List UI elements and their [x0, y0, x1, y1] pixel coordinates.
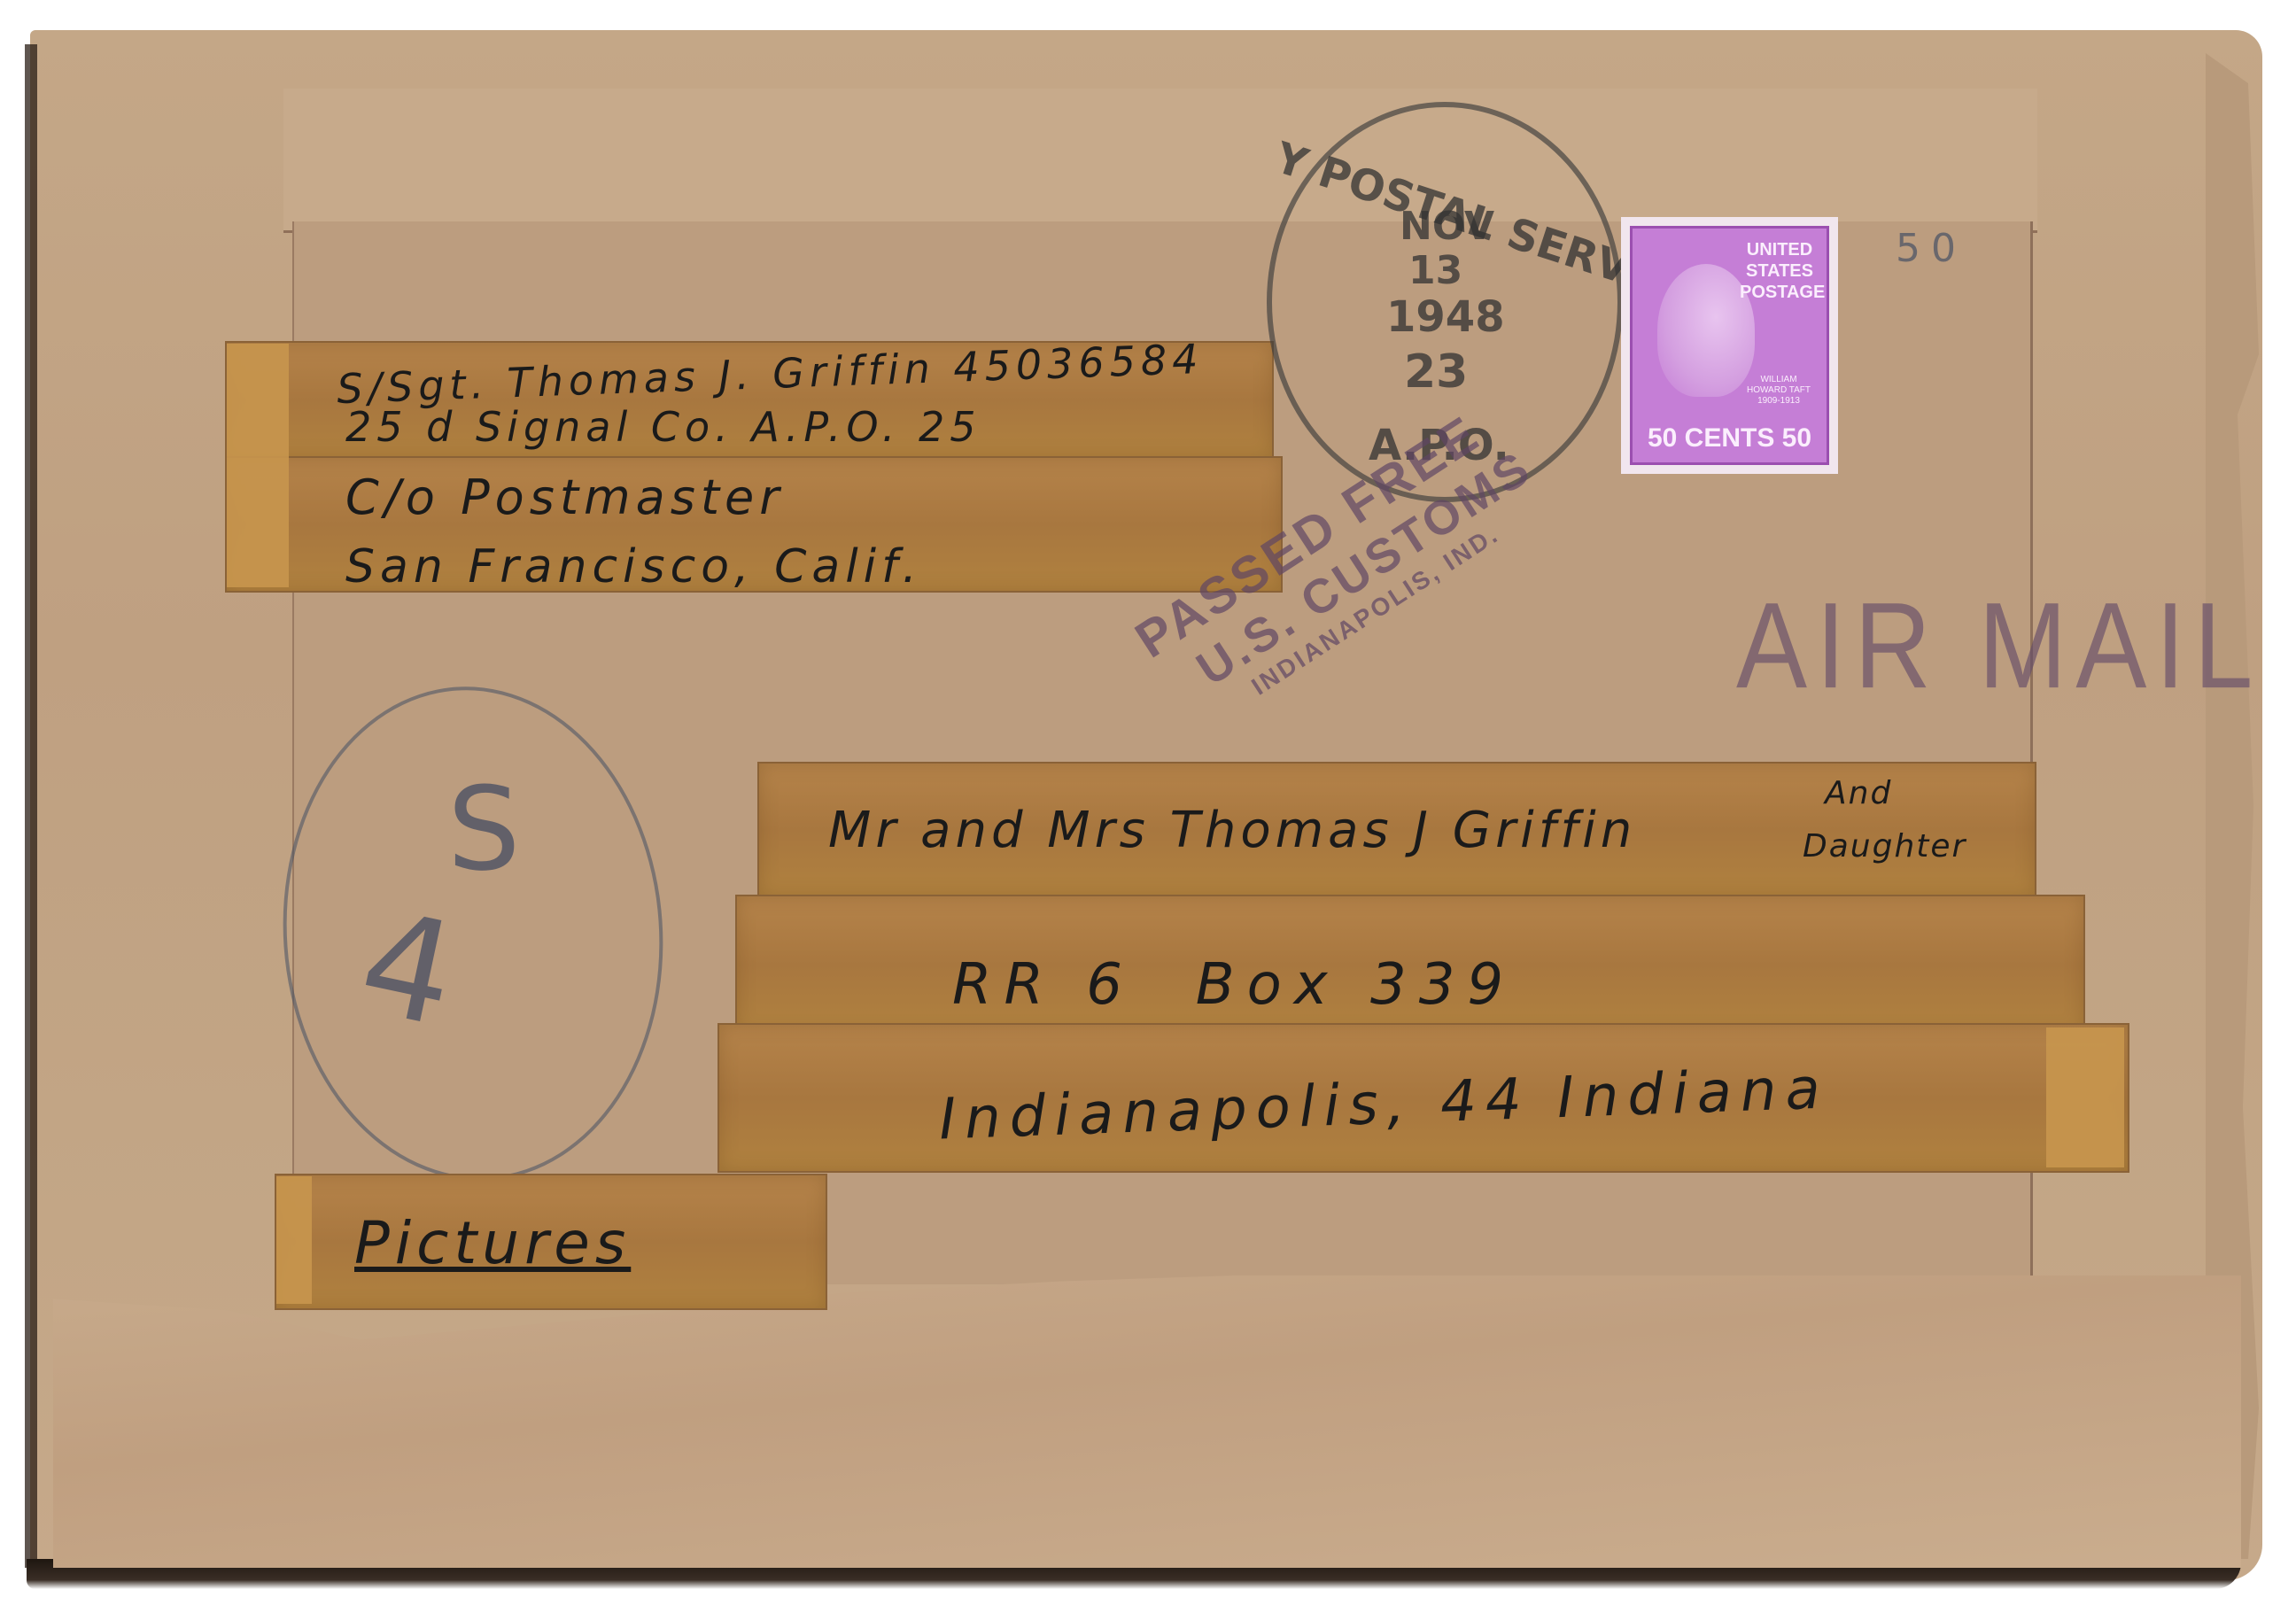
pencil-note: 50 [1896, 226, 1966, 271]
recipient-street: RR 6 Box 339 [952, 952, 1516, 1018]
contents-tape-edge [276, 1176, 312, 1304]
postage-stamp: UNITED STATES POSTAGE WILLIAM HOWARD TAF… [1621, 217, 1838, 474]
top-flap [283, 89, 2037, 233]
postmark-year: 1948 [1386, 292, 1505, 342]
parcel-shadow-left [25, 44, 37, 1568]
postmark-day: 13 [1408, 248, 1462, 293]
recipient-and: And [1825, 775, 1892, 811]
sender-city: San Francisco, Calif. [345, 540, 922, 593]
postmark-station: 23 [1404, 345, 1468, 399]
pencil-glyph-top: S [447, 762, 521, 896]
recipient-name: Mr and Mrs Thomas J Griffin [828, 802, 1636, 859]
stamp-country: UNITED STATES POSTAGE [1740, 239, 1819, 303]
postmark-month: NOV [1400, 204, 1494, 249]
recipient-daughter: Daughter [1803, 828, 1966, 865]
recipient-tape-edge [2046, 1027, 2124, 1167]
airmail-handstamp: AIR MAIL [1736, 576, 2261, 717]
sender-unit: 25 d Signal Co. A.P.O. 25 [345, 403, 981, 451]
stamp-value: 50 CENTS 50 [1633, 423, 1827, 454]
stamp-portrait-name: WILLIAM HOWARD TAFT 1909-1913 [1743, 375, 1814, 407]
sender-tape-edge [227, 344, 289, 587]
stamp-frame: UNITED STATES POSTAGE WILLIAM HOWARD TAF… [1630, 226, 1829, 465]
contents-label: Pictures [354, 1209, 631, 1277]
sender-care-of: C/o Postmaster [345, 469, 784, 525]
